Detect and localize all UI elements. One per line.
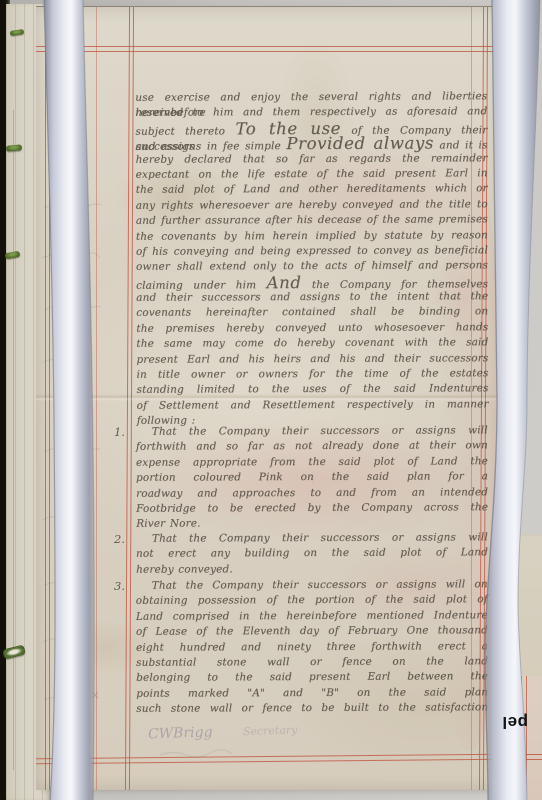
clause-text: That the Company their successors or ass… bbox=[136, 577, 489, 717]
handwritten-line: claiming under him And the Company for t… bbox=[136, 274, 488, 291]
handwritten-line: substantial stone wall or fence on the l… bbox=[136, 654, 488, 671]
clause-text: That the Company their successors or ass… bbox=[136, 530, 488, 578]
handwritten-line: That the Company their successors or ass… bbox=[136, 423, 488, 440]
handwritten-line: owner shall extend only to the acts of h… bbox=[136, 259, 488, 276]
handwritten-line: Land comprised in the hereinbefore menti… bbox=[136, 608, 488, 625]
handwritten-line: the said plot of Land and other heredita… bbox=[136, 182, 488, 199]
handwritten-line: such stone wall or fence to be built to … bbox=[136, 700, 488, 717]
handwritten-line: the covenants by him herein implied by s… bbox=[136, 228, 488, 245]
clause-number: 3. bbox=[114, 579, 134, 593]
handwritten-line: of Settlement and Resettlement respectiv… bbox=[137, 397, 489, 414]
handwritten-line: forthwith and so far as not already done… bbox=[136, 439, 488, 456]
handwritten-line: any rights wheresoever are hereby convey… bbox=[136, 197, 488, 214]
handwritten-line: standing limited to the uses of the said… bbox=[137, 382, 489, 399]
handwritten-line: in title owner or owners for the time of… bbox=[136, 366, 488, 383]
handwritten-line: of Lease of the Eleventh day of February… bbox=[136, 623, 488, 640]
handwritten-line: points marked "A" and "B" on the said pl… bbox=[136, 685, 488, 702]
handwritten-line: the same may come do hereby covenant wit… bbox=[136, 335, 488, 352]
handwritten-line: expectant on the life estate of the said… bbox=[136, 166, 488, 183]
clause-number: 2. bbox=[114, 532, 134, 546]
upside-down-print: pel bbox=[498, 712, 528, 732]
handwritten-line: That the Company their successors or ass… bbox=[136, 530, 488, 547]
main-paragraph: use exercise and enjoy the several right… bbox=[135, 89, 488, 429]
handwritten-line: not erect any building on the said plot … bbox=[136, 546, 488, 563]
handwritten-line: Footbridge to be erected by the Company … bbox=[136, 500, 488, 517]
photograph-of-deed-page: use exercise and enjoy the several right… bbox=[0, 0, 542, 800]
handwritten-line: covenants hereinafter contained shall be… bbox=[136, 305, 488, 322]
handwritten-line: present Earl and his heirs and his and t… bbox=[136, 351, 488, 368]
handwritten-line: hereby declared that so far as regards t… bbox=[136, 151, 488, 168]
handwritten-line: use exercise and enjoy the several right… bbox=[135, 89, 487, 106]
handwritten-line: portion coloured Pink on the said plan f… bbox=[136, 469, 488, 486]
handwritten-line: hereby conveyed. bbox=[136, 561, 488, 578]
handwritten-line: and their successors and assigns to the … bbox=[136, 289, 488, 306]
handwritten-line: roadway and approaches to and from an in… bbox=[136, 485, 488, 502]
clause-number: 1. bbox=[114, 425, 134, 439]
handwritten-line: obtaining possession of the portion of t… bbox=[136, 593, 488, 610]
handwritten-line: and further assurance after his decease … bbox=[136, 212, 488, 229]
clause-text: That the Company their successors or ass… bbox=[136, 423, 488, 532]
handwritten-line: the premises hereby conveyed unto whoses… bbox=[136, 320, 488, 337]
handwritten-line: belonging to the said present Earl betwe… bbox=[136, 670, 488, 687]
binding-ribbon-right bbox=[478, 0, 542, 800]
handwritten-line: That the Company their successors or ass… bbox=[136, 577, 488, 594]
handwritten-line: expense appropriate from the said plot o… bbox=[136, 454, 488, 471]
handwritten-line: of his conveying and being expressed to … bbox=[136, 243, 488, 260]
binding-ribbon-left bbox=[36, 0, 100, 800]
handwritten-line: eight hundred and ninety three forthwith… bbox=[136, 639, 488, 656]
signature-word: Secretary bbox=[243, 723, 298, 738]
handwritten-line: and assigns in fee simple Provided alway… bbox=[135, 135, 487, 152]
signature-name: CWBrigg bbox=[148, 724, 213, 742]
